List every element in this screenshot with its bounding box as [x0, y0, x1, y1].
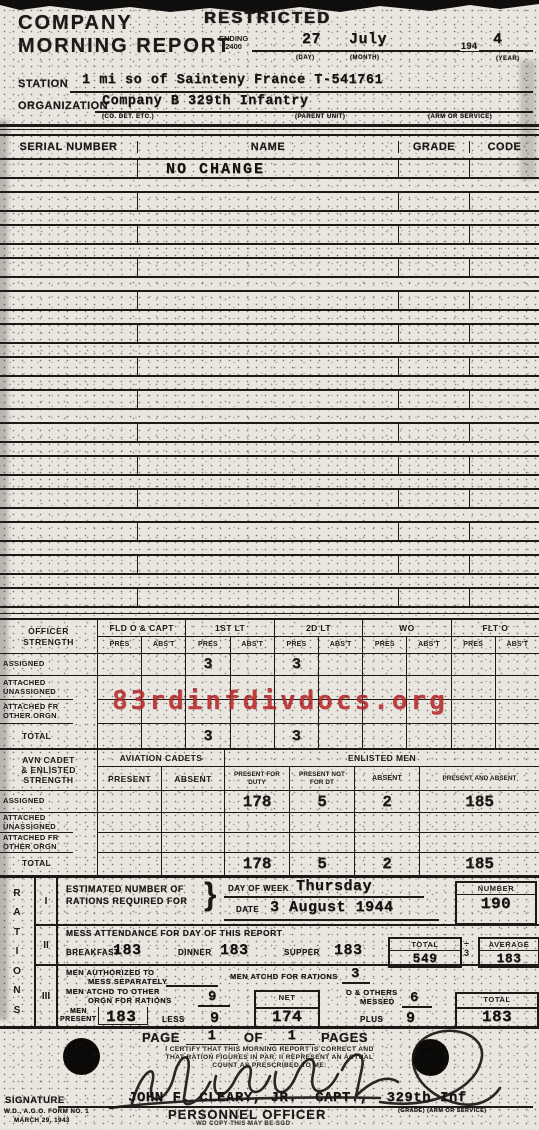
- brace-glyph: }: [204, 876, 216, 913]
- average-value: 183: [480, 951, 538, 966]
- org-caption-arm: (ARM OR SERVICE): [428, 114, 492, 120]
- no-change-entry: NO CHANGE: [166, 161, 265, 178]
- station-entry: 1 mi so of Sainteny France T-541761: [82, 73, 383, 88]
- roster-empty-row: [0, 193, 539, 212]
- total-box-iii: TOTAL: [455, 992, 539, 1009]
- subcol-abst: ABS'T: [318, 637, 362, 654]
- group-enlisted-men: ENLISTED MEN: [224, 750, 539, 767]
- number-box: NUMBER 190: [455, 881, 537, 925]
- org-caption-parent: (PARENT UNIT): [295, 114, 345, 120]
- row-label: ATTACHED FR OTHER ORGN: [0, 700, 73, 724]
- subcol-present: PRESENT: [97, 767, 161, 791]
- station-label: STATION: [18, 78, 68, 90]
- year-caption: (YEAR): [496, 56, 520, 62]
- ending-time: 2400: [225, 42, 242, 51]
- roster-empty-row: [0, 292, 539, 311]
- total-label-iii: TOTAL: [457, 994, 537, 1005]
- rations-section-1: ESTIMATED NUMBER OF RATIONS REQUIRED FOR…: [58, 878, 539, 926]
- group-fldo-capt: FLD O & CAPT: [97, 620, 185, 637]
- org-caption-co: (CO. DET. ETC.): [102, 114, 154, 120]
- atchd-other-line2: ORGN FOR RATIONS: [88, 996, 172, 1005]
- row-label: ATTACHED UNASSIGNED: [0, 813, 73, 833]
- roster-empty-row: [0, 490, 539, 509]
- watermark: 83rdinfdivdocs.org: [112, 686, 448, 716]
- supper-value: 183: [334, 942, 363, 959]
- subcol-absent: ABSENT: [161, 767, 224, 791]
- day-caption: (DAY): [296, 55, 315, 61]
- officer-strength-corner: OFFICERSTRENGTH: [0, 620, 97, 654]
- total-value: 549: [390, 951, 460, 966]
- group-wo: WO: [362, 620, 450, 637]
- roster-empty-row: [0, 259, 539, 278]
- roster-empty-row: [0, 523, 539, 542]
- atchd-rule: [342, 982, 370, 984]
- day-of-week-entry: Thursday: [296, 878, 372, 895]
- subcol-present-not-for-dt: PRESENT NOT FOR DT: [289, 767, 354, 791]
- officer-strength-table: OFFICERSTRENGTH FLD O & CAPT 1ST LT 2D L…: [0, 618, 539, 750]
- roster-header-row: SERIAL NUMBER NAME GRADE CODE: [0, 134, 539, 160]
- section-divider: [0, 129, 539, 130]
- roster-empty-row: [0, 589, 539, 608]
- group-1st-lt: 1ST LT: [185, 620, 273, 637]
- subcol-abst: ABS'T: [230, 637, 274, 654]
- number-value: 190: [457, 895, 535, 913]
- row-label: TOTAL: [0, 724, 97, 750]
- roster-empty-row: [0, 358, 539, 377]
- subcol-present-for-duty: PRESENT FOR DUTY: [224, 767, 289, 791]
- authorized-line2: MESS SEPARATELY: [88, 977, 167, 986]
- rations-vertical-label: RA TI ON S: [0, 878, 34, 1026]
- report-title-line2: MORNING REPORT: [18, 35, 232, 58]
- subcol-pres: PRES: [185, 637, 229, 654]
- subcol-pres: PRES: [274, 637, 318, 654]
- morning-report-document: COMPANY RESTRICTED MORNING REPORT ENDING…: [0, 0, 539, 1130]
- group-aviation-cadets: AVIATION CADETS: [97, 750, 224, 767]
- group-2d-lt: 2D LT: [274, 620, 362, 637]
- day-entry: 27: [302, 31, 321, 48]
- date-entry: 3 August 1944: [270, 899, 394, 916]
- roster-empty-row: [0, 391, 539, 410]
- date-rule: [224, 919, 439, 921]
- enlisted-corner: AVN CADET& ENLISTEDSTRENGTH: [0, 750, 97, 791]
- subcol-absent-men: ABSENT: [354, 767, 419, 791]
- organization-rule: [95, 111, 533, 113]
- day-of-week-label: DAY OF WEEK: [228, 884, 289, 893]
- net-label: NET: [256, 992, 318, 1003]
- dow-rule: [224, 896, 424, 898]
- dinner-label: DINNER: [178, 948, 212, 957]
- header-rule: [252, 50, 533, 52]
- classification-stamp: RESTRICTED: [204, 10, 331, 28]
- row-label: ASSIGNED: [0, 791, 97, 813]
- atchd-rations-value: 3: [351, 966, 360, 982]
- signature-label: SIGNATURE: [5, 1095, 65, 1106]
- rations-section: RA TI ON S I ESTIMATED NUMBER OF RATIONS…: [0, 876, 539, 1029]
- subcol-pres: PRES: [451, 637, 495, 654]
- month-caption: (MONTH): [350, 55, 380, 61]
- group-flt-o: FLT O: [451, 620, 539, 637]
- dinner-value: 183: [220, 942, 249, 959]
- roster-empty-row: [0, 457, 539, 476]
- total-label: TOTAL: [390, 939, 460, 951]
- authorized-line1: MEN AUTHORIZED TO: [66, 968, 155, 977]
- others-messed-line2: MESSED: [360, 997, 395, 1006]
- col-grade: GRADE: [398, 141, 469, 153]
- roster-table: SERIAL NUMBER NAME GRADE CODE NO CHANGE: [0, 134, 539, 608]
- divide-by-three: ÷3: [464, 940, 469, 958]
- mess-attendance-heading: MESS ATTENDANCE FOR DAY OF THIS REPORT: [66, 928, 282, 938]
- subcol-abst: ABS'T: [141, 637, 185, 654]
- atchd-other-line1: MEN ATCHD TO OTHER: [66, 987, 160, 996]
- others-messed-value: 6: [410, 990, 419, 1006]
- others-messed-line1: O & OTHERS: [346, 988, 398, 997]
- estimated-line1: ESTIMATED NUMBER OF: [66, 884, 184, 894]
- handwritten-signature: [80, 1012, 510, 1117]
- row-label: TOTAL: [0, 853, 97, 876]
- subcol-abst: ABS'T: [495, 637, 539, 654]
- atchd-other-value: 9: [208, 989, 217, 1005]
- subcol-abst: ABS'T: [406, 637, 450, 654]
- breakfast-label: BREAKFAST: [66, 948, 119, 957]
- organization-entry: Company B 329th Infantry: [102, 94, 308, 109]
- net-box: NET: [254, 990, 320, 1009]
- col-name: NAME: [137, 141, 398, 153]
- subcol-pres: PRES: [362, 637, 406, 654]
- others-messed-rule: [402, 1006, 432, 1008]
- ending-block: ENDING 2400: [219, 35, 248, 51]
- row-label: ATTACHED FR OTHER ORGN: [0, 833, 73, 853]
- col-code: CODE: [469, 141, 539, 153]
- rations-numeral-1: I: [34, 878, 58, 926]
- roster-empty-row: [0, 325, 539, 344]
- col-serial-number: SERIAL NUMBER: [0, 141, 137, 153]
- subcol-present-and-absent: PRESENT AND ABSENT: [419, 767, 539, 791]
- section-divider: [0, 613, 539, 614]
- form-number: W.D., A.G.O. FORM NO. 1: [4, 1108, 89, 1115]
- roster-empty-row: [0, 226, 539, 245]
- year-entry: 4: [493, 31, 503, 48]
- rations-section-2: MESS ATTENDANCE FOR DAY OF THIS REPORT B…: [58, 926, 539, 966]
- date-label: DATE: [236, 905, 259, 914]
- total-box: TOTAL 549: [388, 937, 462, 968]
- roster-no-change-row: NO CHANGE: [0, 160, 539, 179]
- average-box: AVERAGE 183: [478, 937, 539, 968]
- year-prefix: 194: [460, 41, 479, 51]
- roster-empty-row: [0, 424, 539, 443]
- supper-label: SUPPER: [284, 948, 320, 957]
- atchd-other-rule: [198, 1005, 230, 1007]
- subcol-pres: PRES: [97, 637, 141, 654]
- row-label: ATTACHED UNASSIGNED: [0, 676, 73, 700]
- rations-numeral-2: II: [34, 926, 58, 966]
- form-date: MARCH 29, 1943: [14, 1117, 70, 1124]
- roster-empty-row: [0, 556, 539, 575]
- authorized-blank-rule: [166, 985, 218, 987]
- average-label: AVERAGE: [480, 939, 538, 951]
- number-label: NUMBER: [457, 883, 535, 895]
- section-divider: [0, 124, 539, 127]
- rations-numeral-3: III: [34, 966, 58, 1026]
- estimated-line2: RATIONS REQUIRED FOR: [66, 896, 187, 906]
- breakfast-value: 183: [113, 942, 142, 959]
- row-label: ASSIGNED: [0, 654, 97, 676]
- station-rule: [70, 91, 533, 93]
- month-entry: July: [349, 31, 387, 48]
- atchd-rations-label: MEN ATCHD FOR RATIONS: [230, 972, 338, 981]
- report-title-line1: COMPANY: [18, 12, 133, 35]
- footer-fine-print: WD COPY THIS MAY BE SGD: [196, 1121, 290, 1127]
- enlisted-strength-table: AVN CADET& ENLISTEDSTRENGTH AVIATION CAD…: [0, 748, 539, 876]
